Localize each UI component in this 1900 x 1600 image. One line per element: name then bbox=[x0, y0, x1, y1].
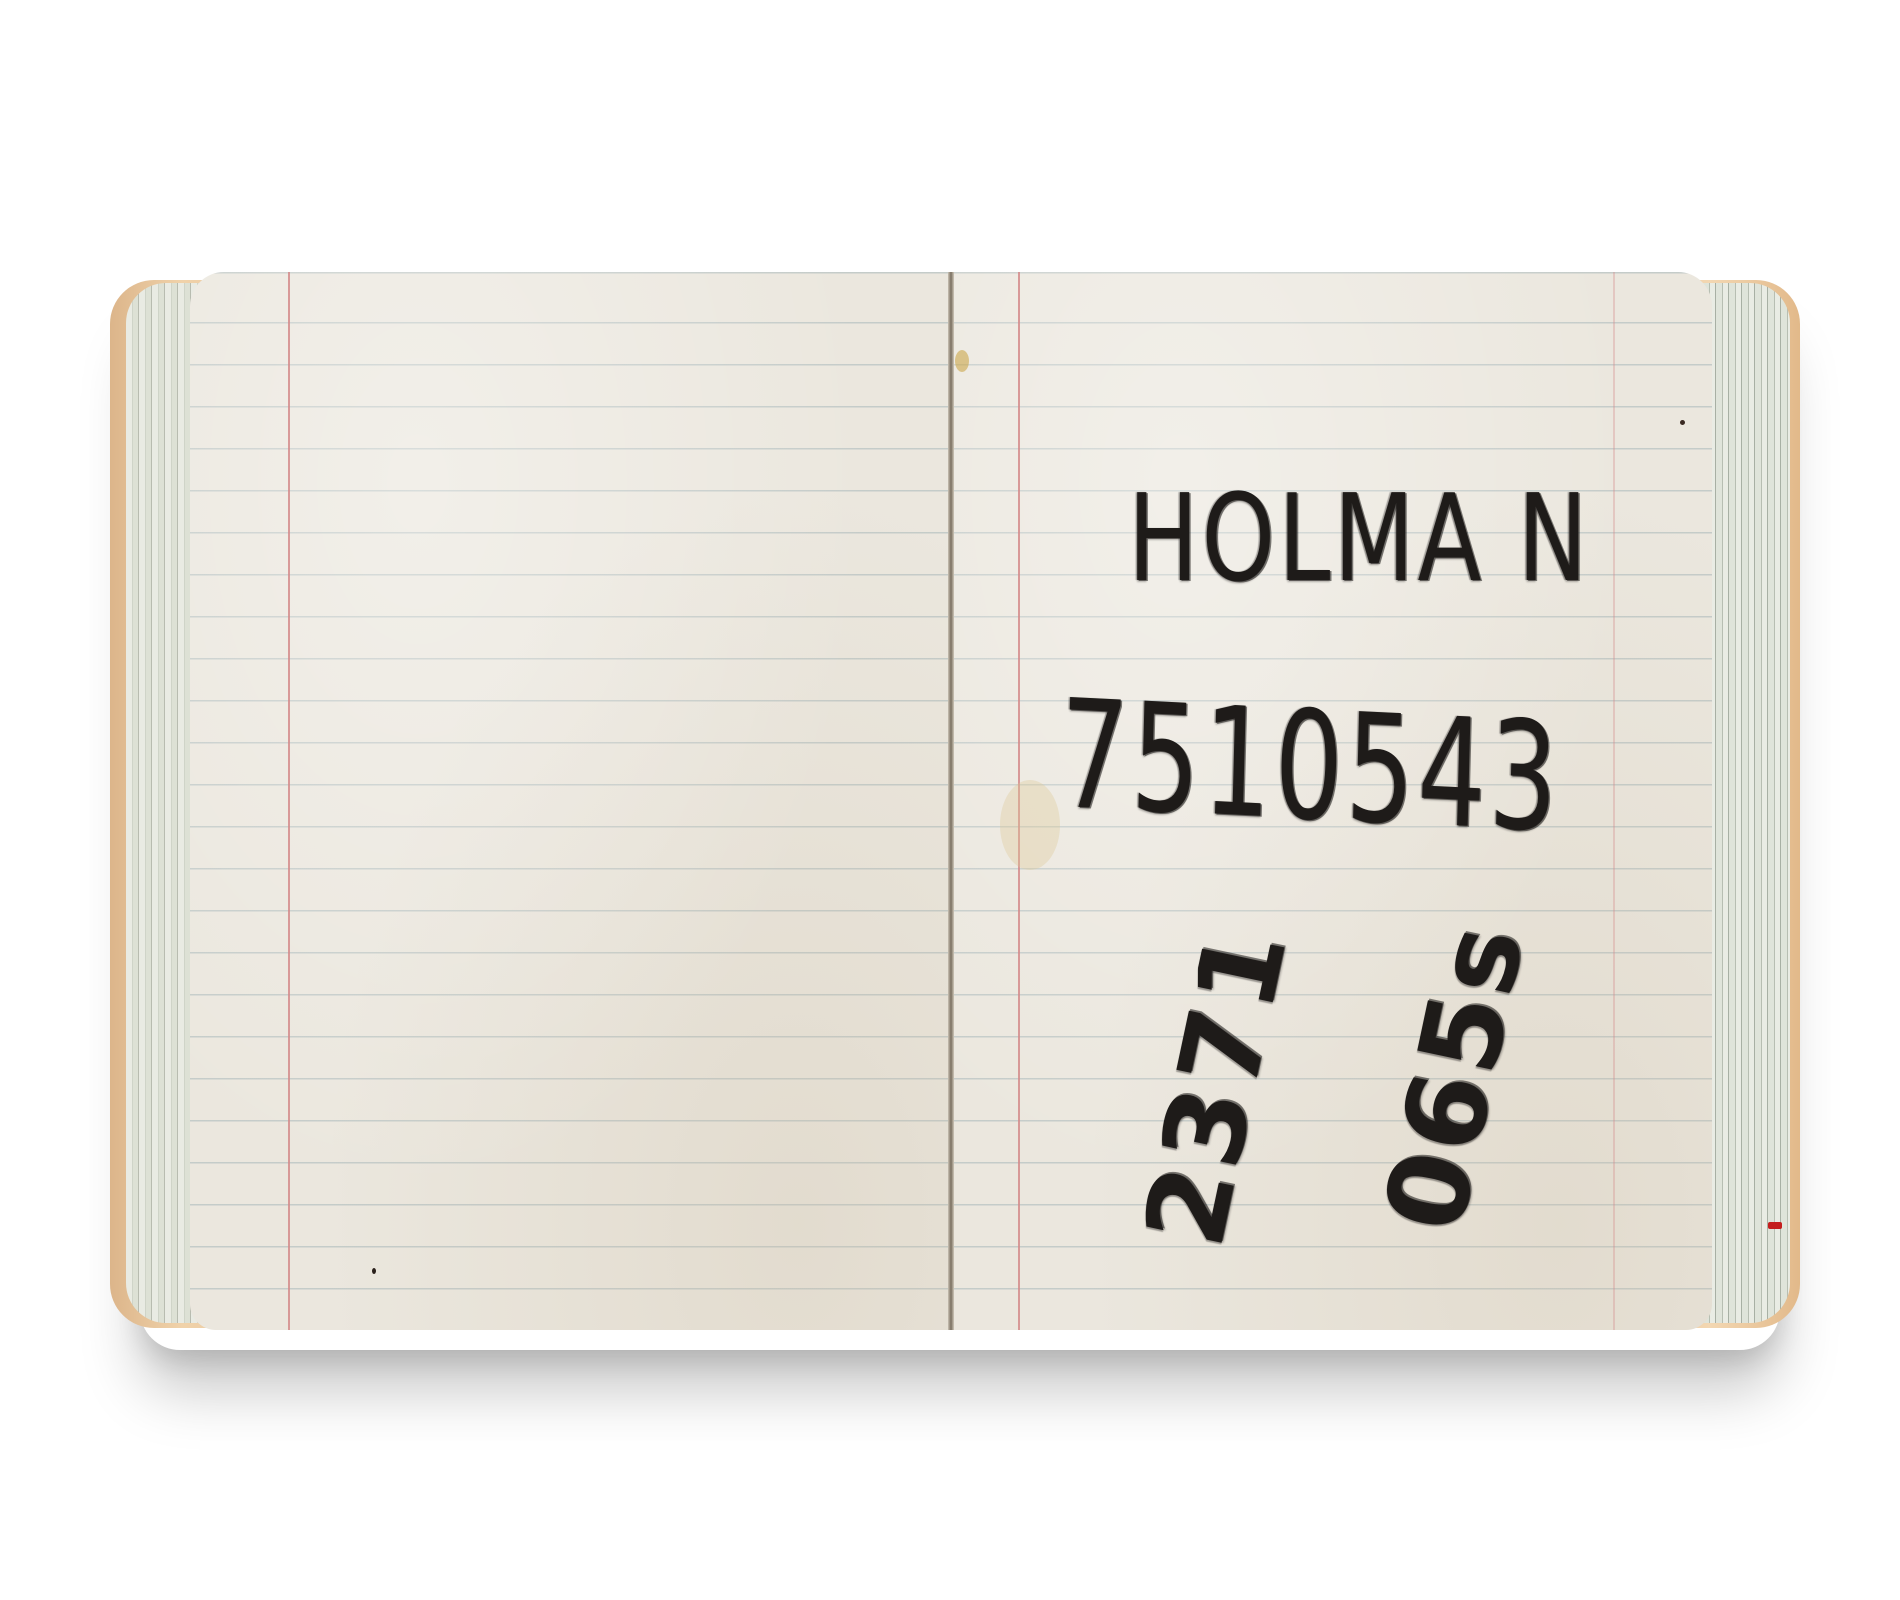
paper-stain bbox=[1000, 780, 1060, 870]
handwritten-number: 7510543 bbox=[1058, 668, 1563, 866]
notebook-gutter bbox=[948, 272, 954, 1330]
left-page bbox=[190, 272, 950, 1330]
red-edge-mark bbox=[1768, 1222, 1782, 1229]
right-page-faint-margin-line bbox=[1613, 272, 1615, 1330]
paper-stain bbox=[1680, 420, 1685, 425]
left-page-margin-line bbox=[288, 272, 290, 1330]
paper-stain bbox=[372, 1268, 376, 1274]
paper-stain bbox=[955, 350, 969, 372]
handwritten-name: HOLMA N bbox=[1128, 470, 1591, 609]
